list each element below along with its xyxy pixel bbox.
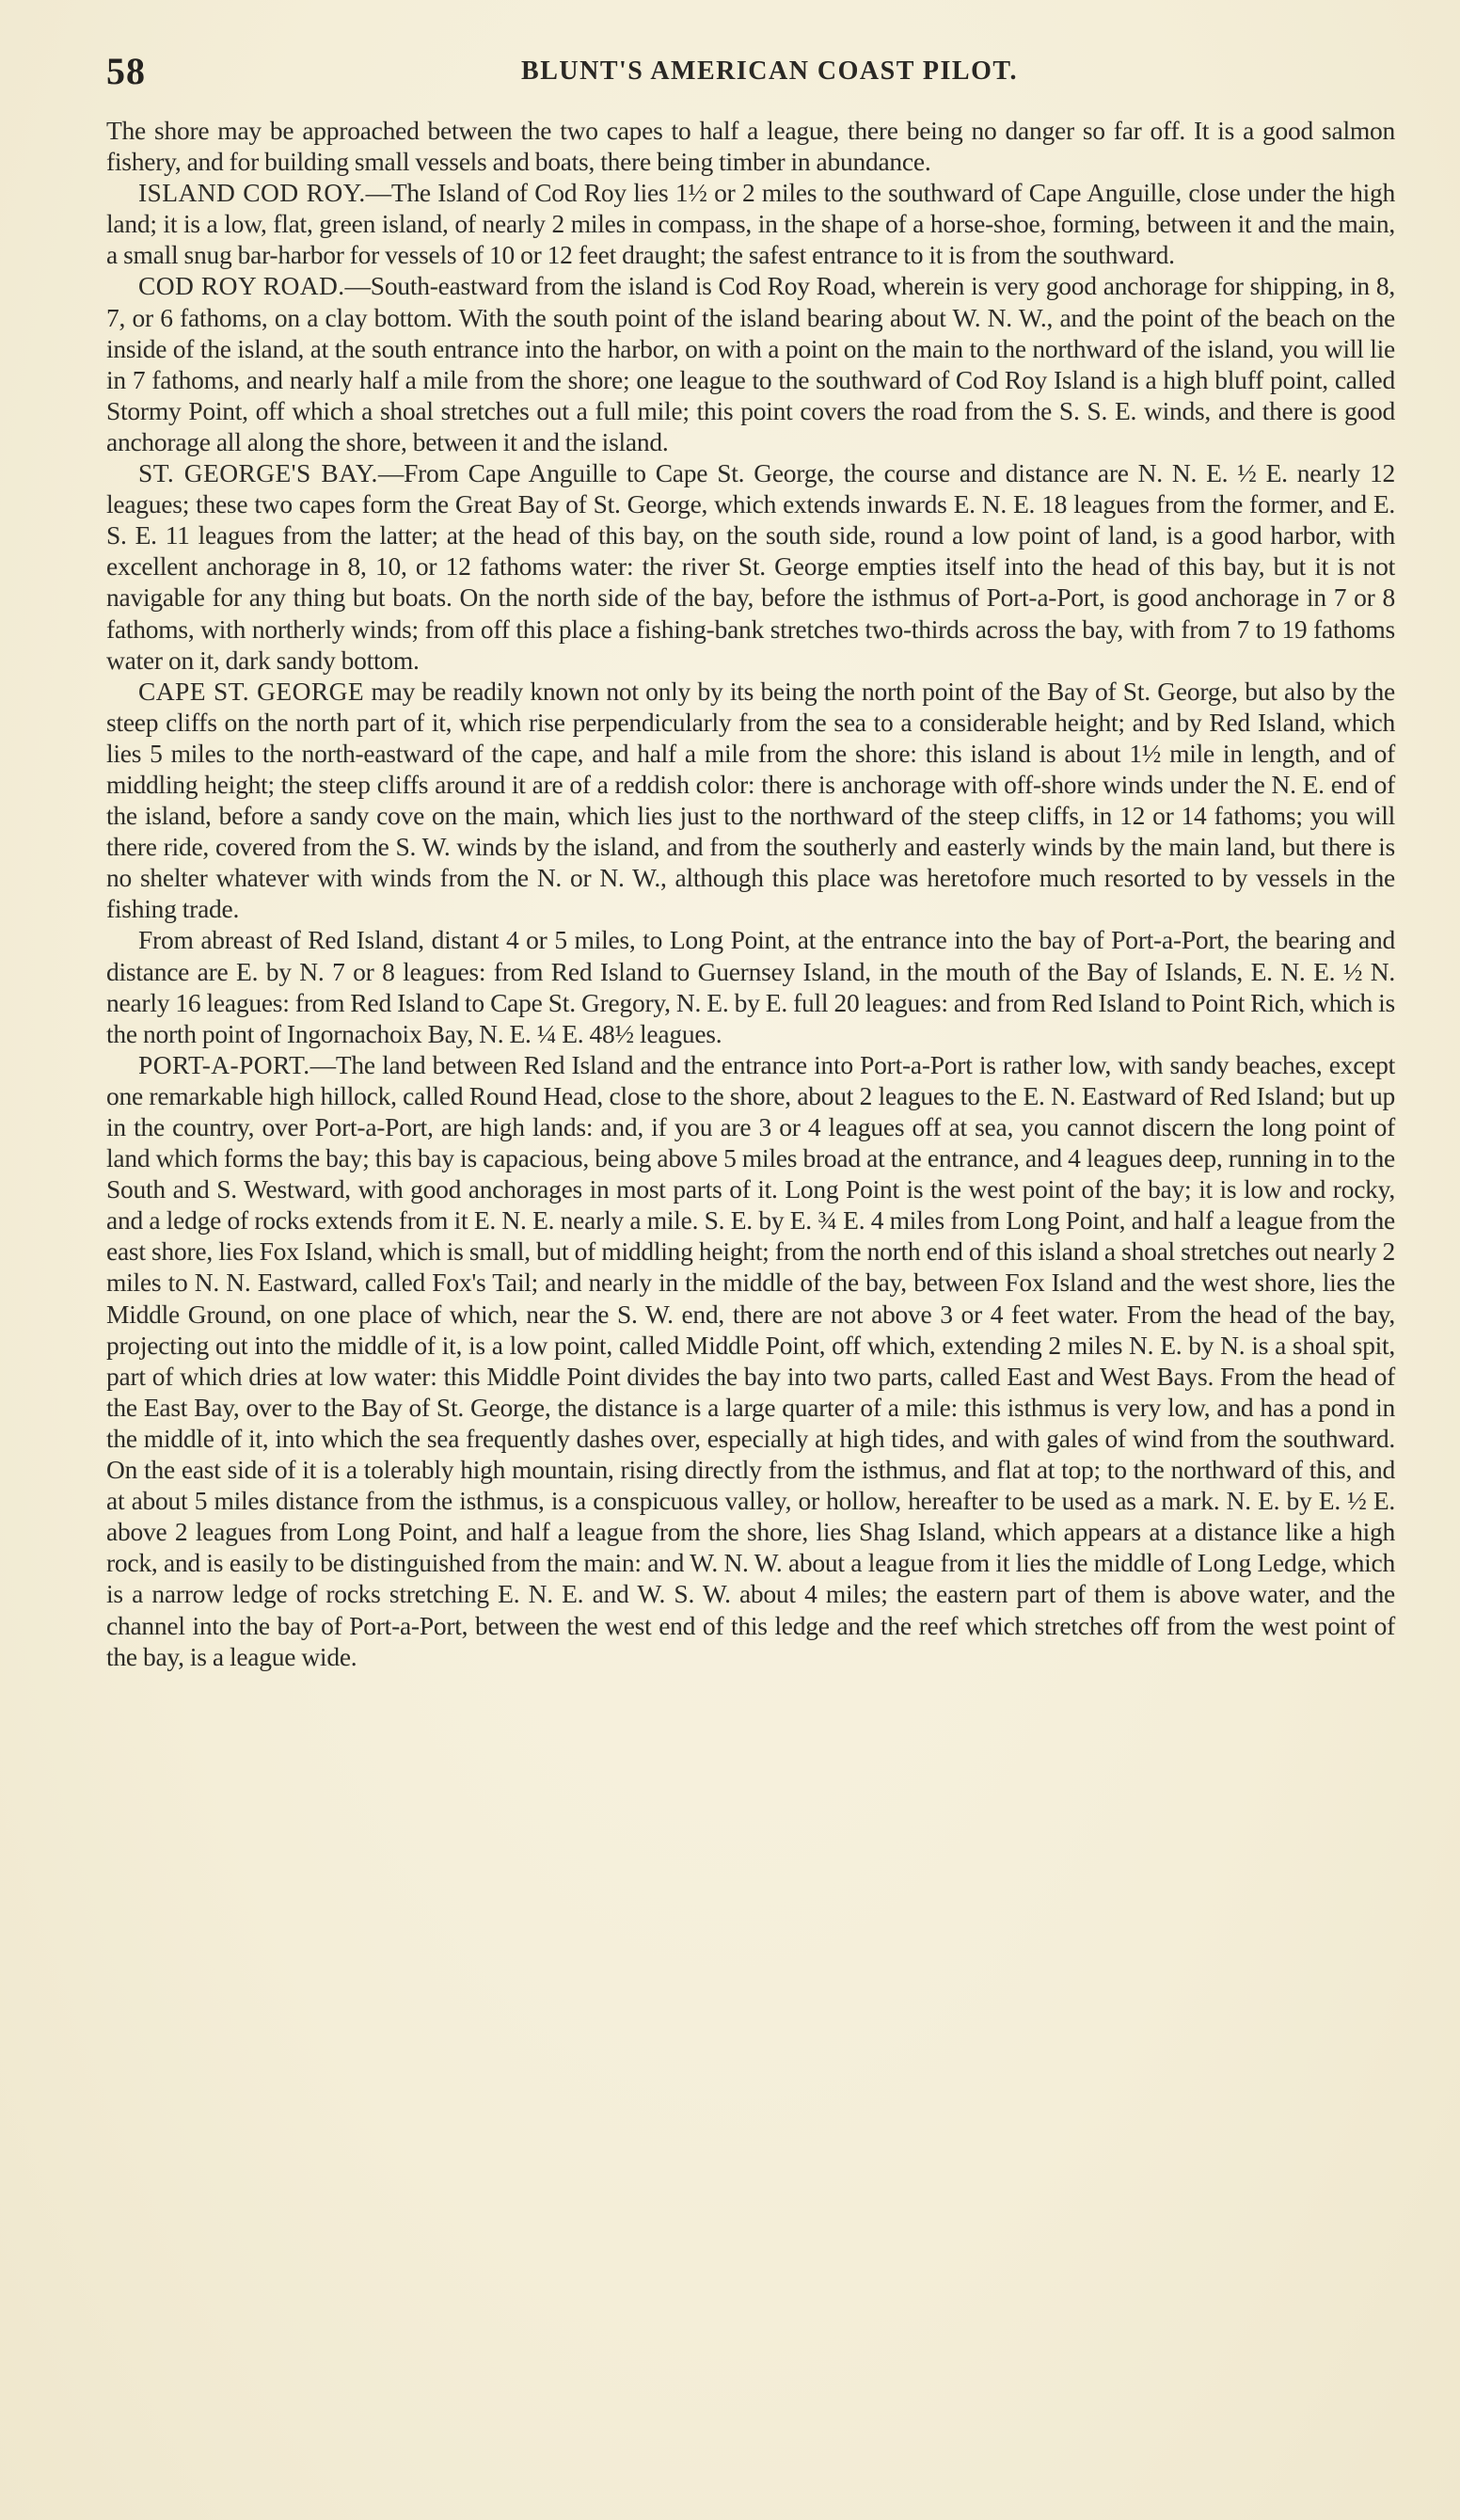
paragraph-red-island-bearings: From abreast of Red Island, distant 4 or… — [106, 924, 1395, 1048]
paragraph-intro: The shore may be approached between the … — [106, 115, 1395, 177]
section-heading: COD ROY ROAD. — [138, 271, 345, 300]
section-heading: ISLAND COD ROY. — [138, 178, 366, 207]
section-heading: PORT-A-PORT. — [138, 1050, 310, 1079]
paragraph-st-georges-bay: ST. GEORGE'S BAY.—From Cape Anguille to … — [106, 457, 1395, 676]
body-text: The shore may be approached between the … — [106, 115, 1395, 1672]
running-head: 58 BLUNT'S AMERICAN COAST PILOT. — [106, 45, 1395, 98]
paragraph-text: —The land between Red Island and the ent… — [106, 1050, 1395, 1671]
paragraph-island-cod-roy: ISLAND COD ROY.—The Island of Cod Roy li… — [106, 177, 1395, 270]
paragraph-text: From abreast of Red Island, distant 4 or… — [106, 925, 1395, 1047]
book-page: 58 BLUNT'S AMERICAN COAST PILOT. The sho… — [106, 45, 1395, 1672]
paragraph-text: The shore may be approached between the … — [106, 116, 1395, 176]
paragraph-cod-roy-road: COD ROY ROAD.—South-eastward from the is… — [106, 270, 1395, 457]
paragraph-text: —From Cape Anguille to Cape St. George, … — [106, 458, 1395, 675]
section-heading: CAPE ST. GEORGE — [138, 677, 364, 706]
paragraph-text: may be readily known not only by its bei… — [106, 677, 1395, 924]
running-title: BLUNT'S AMERICAN COAST PILOT. — [106, 56, 1395, 87]
paragraph-cape-st-george: CAPE ST. GEORGE may be readily known not… — [106, 676, 1395, 925]
section-heading: ST. GEORGE'S BAY. — [138, 458, 378, 487]
paragraph-port-a-port: PORT-A-PORT.—The land between Red Island… — [106, 1049, 1395, 1672]
